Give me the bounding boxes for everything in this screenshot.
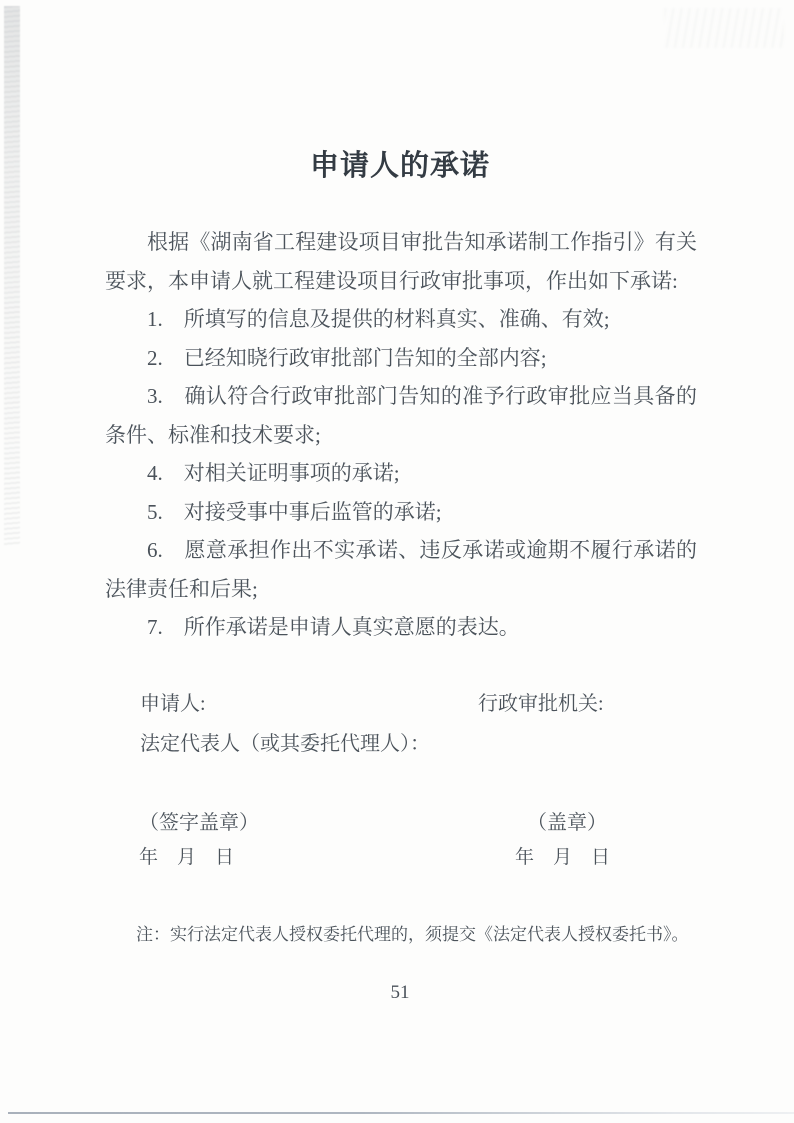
commitment-item-1: 1. 所填写的信息及提供的材料真实、准确、有效; [105, 300, 697, 339]
applicant-label: 申请人: [140, 692, 206, 716]
signature-seal-label: （签字盖章） [139, 811, 259, 835]
commitment-item-5: 5. 对接受事中事后监管的承诺; [105, 493, 697, 532]
page-title: 申请人的承诺 [105, 146, 695, 186]
scan-artifact-bottom-edge [8, 1112, 794, 1114]
date-line-right: 年 月 日 [515, 846, 610, 870]
scanned-document-page: 申请人的承诺 根据《湖南省工程建设项目审批告知承诺制工作指引》有关要求，本申请人… [0, 0, 794, 1123]
commitment-body: 根据《湖南省工程建设项目审批告知承诺制工作指引》有关要求，本申请人就工程建设项目… [105, 223, 697, 647]
commitment-item-3: 3. 确认符合行政审批部门告知的准予行政审批应当具备的条件、标准和技术要求; [105, 377, 697, 454]
approval-authority-label: 行政审批机关: [478, 692, 604, 716]
scan-artifact-top-noise [664, 8, 784, 48]
footnote: 注：实行法定代表人授权委托代理的，须提交《法定代表人授权委托书》。 [136, 923, 716, 947]
commitment-item-7: 7. 所作承诺是申请人真实意愿的表达。 [105, 608, 697, 647]
scan-artifact-left-edge [4, 6, 20, 546]
legal-representative-label: 法定代表人（或其委托代理人）： [140, 732, 430, 756]
date-line-left: 年 月 日 [139, 846, 234, 870]
commitment-item-4: 4. 对相关证明事项的承诺; [105, 454, 697, 493]
intro-paragraph: 根据《湖南省工程建设项目审批告知承诺制工作指引》有关要求，本申请人就工程建设项目… [105, 223, 697, 300]
commitment-item-2: 2. 已经知晓行政审批部门告知的全部内容; [105, 339, 697, 378]
seal-label: （盖章） [527, 811, 607, 835]
commitment-item-6: 6. 愿意承担作出不实承诺、违反承诺或逾期不履行承诺的法律责任和后果; [105, 531, 697, 608]
page-number: 51 [105, 982, 695, 1004]
